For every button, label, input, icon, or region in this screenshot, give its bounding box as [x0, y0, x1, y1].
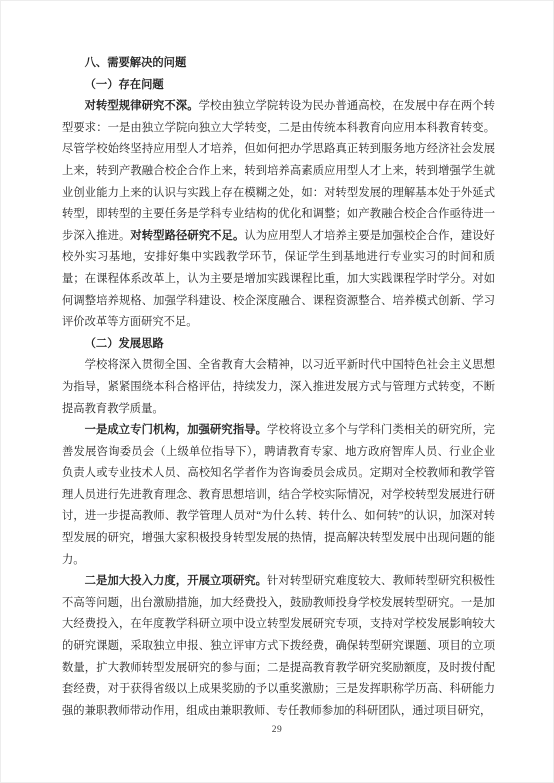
text-measure-1: 学校将设立多个与学科门类相关的研究所，完善发展咨询委员会（上级单位指导下），聘请…	[62, 424, 495, 566]
text-transform-path-research: 认为应用型人才培养主要是加强校企合作，建设好校外实习基地，安排好集中实践教学环节…	[62, 230, 495, 328]
paragraph-guideline: 学校将深入贯彻全国、全省教育大会精神，以习近平新时代中国特色社会主义思想为指导，…	[62, 355, 495, 420]
bold-lead-measure-1: 一是成立专门机构，加强研究指导。	[85, 424, 267, 436]
paragraph-measure-1: 一是成立专门机构，加强研究指导。学校将设立多个与学科门类相关的研究所，完善发展咨…	[62, 420, 495, 571]
section-heading: 八、需要解决的问题	[62, 53, 495, 75]
subsection-heading-existing-problems: （一）存在问题	[62, 75, 495, 97]
subsection-heading-development-ideas: （二）发展思路	[62, 334, 495, 356]
document-page: 八、需要解决的问题 （一）存在问题 对转型规律研究不深。学校由独立学院转设为民办…	[0, 0, 554, 783]
text-transform-law-research: 学校由独立学院转设为民办普通高校，在发展中存在两个转型要求：一是由独立学院向独立…	[62, 100, 495, 242]
bold-lead-measure-2: 二是加大投入力度，开展立项研究。	[85, 575, 267, 587]
document-content: 八、需要解决的问题 （一）存在问题 对转型规律研究不深。学校由独立学院转设为民办…	[62, 53, 495, 722]
text-measure-2: 针对转型研究难度较大、教师转型研究积极性不高等问题，出台激励措施，加大经费投入，…	[62, 575, 495, 717]
paragraph-existing-problems: 对转型规律研究不深。学校由独立学院转设为民办普通高校，在发展中存在两个转型要求：…	[62, 96, 495, 334]
bold-lead-transform-path-research: 对转型路径研究不足。	[130, 230, 244, 242]
page-number: 29	[1, 725, 553, 735]
bold-lead-transform-law-research: 对转型规律研究不深。	[85, 100, 199, 112]
paragraph-measure-2: 二是加大投入力度，开展立项研究。针对转型研究难度较大、教师转型研究积极性不高等问…	[62, 571, 495, 722]
